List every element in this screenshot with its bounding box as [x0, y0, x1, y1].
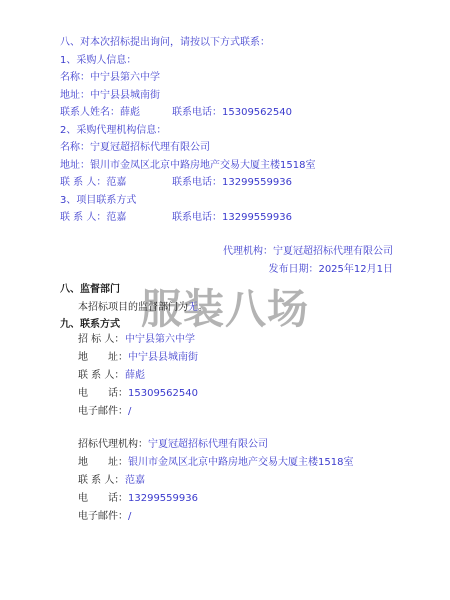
supervision-heading: 八、监督部门	[60, 281, 208, 299]
agent-row: 招标代理机构：宁夏冠超招标代理有限公司	[78, 436, 353, 454]
signoff-agency: 代理机构：宁夏冠超招标代理有限公司	[223, 243, 393, 261]
purchaser-name: 名称：中宁县第六中学	[60, 69, 315, 87]
agent-label: 地 址：	[78, 454, 128, 472]
agent-value: 范嘉	[125, 475, 145, 486]
document-page: 服装八场 八、对本次招标提出询问，请按以下方式联系： 1、采购人信息： 名称：中…	[0, 0, 450, 600]
purchaser-phone: 联系电话：15309562540	[172, 104, 292, 122]
agent-value: 宁夏冠超招标代理有限公司	[148, 439, 268, 450]
tenderer-label: 联 系 人：	[78, 367, 125, 385]
tenderer-value: 中宁县县城南街	[128, 352, 198, 363]
signoff-date: 发布日期：2025年12月1日	[223, 261, 393, 279]
agent-value: /	[128, 511, 131, 522]
purchaser-address: 地址：中宁县县城南街	[60, 87, 315, 105]
project-contact: 联 系 人：范嘉	[60, 212, 126, 223]
agent-value: 银川市金凤区北京中路房地产交易大厦主楼1518室	[128, 457, 353, 468]
tenderer-value: 中宁县第六中学	[125, 334, 195, 345]
tenderer-label: 电子邮件：	[78, 403, 128, 421]
purchaser-heading: 1、采购人信息：	[60, 52, 315, 70]
supervision-section: 八、监督部门 本招标项目的监督部门为无。 九、联系方式	[60, 281, 208, 334]
supervision-body-suffix: 。	[198, 302, 208, 313]
purchaser-contact: 联系人姓名：薛彪	[60, 107, 140, 118]
agency-address: 地址：银川市金凤区北京中路房地产交易大厦主楼1518室	[60, 157, 315, 175]
supervision-body-value: 无	[188, 302, 198, 313]
tenderer-row: 招 标 人：中宁县第六中学	[78, 331, 198, 349]
agency-name: 名称：宁夏冠超招标代理有限公司	[60, 139, 315, 157]
tenderer-label: 电 话：	[78, 385, 128, 403]
tenderer-contact-block: 招 标 人：中宁县第六中学 地 址：中宁县县城南街 联 系 人：薛彪 电 话：1…	[78, 331, 198, 421]
agent-label: 电子邮件：	[78, 508, 128, 526]
tenderer-value: 15309562540	[128, 388, 198, 399]
agent-value: 13299559936	[128, 493, 198, 504]
project-phone: 联系电话：13299559936	[172, 209, 292, 227]
tenderer-label: 招 标 人：	[78, 331, 125, 349]
agency-heading: 2、采购代理机构信息：	[60, 122, 315, 140]
agent-row: 联 系 人：范嘉	[78, 472, 353, 490]
agent-contact-block: 招标代理机构：宁夏冠超招标代理有限公司 地 址：银川市金凤区北京中路房地产交易大…	[78, 436, 353, 526]
tenderer-row: 联 系 人：薛彪	[78, 367, 198, 385]
agent-row: 地 址：银川市金凤区北京中路房地产交易大厦主楼1518室	[78, 454, 353, 472]
tenderer-row: 电子邮件：/	[78, 403, 198, 421]
tenderer-label: 地 址：	[78, 349, 128, 367]
agent-label: 电 话：	[78, 490, 128, 508]
tenderer-value: 薛彪	[125, 370, 145, 381]
project-heading: 3、项目联系方式	[60, 192, 315, 210]
agency-contact-line: 联 系 人：范嘉 联系电话：13299559936	[60, 174, 315, 192]
supervision-body-prefix: 本招标项目的监督部门为	[78, 302, 188, 313]
tenderer-row: 地 址：中宁县县城南街	[78, 349, 198, 367]
tenderer-row: 电 话：15309562540	[78, 385, 198, 403]
tenderer-value: /	[128, 406, 131, 417]
agency-phone: 联系电话：13299559936	[172, 174, 292, 192]
project-contact-line: 联 系 人：范嘉 联系电话：13299559936	[60, 209, 315, 227]
supervision-body: 本招标项目的监督部门为无。	[60, 299, 208, 317]
purchaser-contact-line: 联系人姓名：薛彪 联系电话：15309562540	[60, 104, 315, 122]
agency-contact: 联 系 人：范嘉	[60, 177, 126, 188]
agent-label: 联 系 人：	[78, 472, 125, 490]
inquiry-section: 八、对本次招标提出询问，请按以下方式联系： 1、采购人信息： 名称：中宁县第六中…	[60, 34, 315, 227]
agent-label: 招标代理机构：	[78, 436, 148, 454]
signoff-block: 代理机构：宁夏冠超招标代理有限公司 发布日期：2025年12月1日	[223, 243, 393, 278]
inquiry-heading: 八、对本次招标提出询问，请按以下方式联系：	[60, 34, 315, 52]
agent-row: 电子邮件：/	[78, 508, 353, 526]
agent-row: 电 话：13299559936	[78, 490, 353, 508]
